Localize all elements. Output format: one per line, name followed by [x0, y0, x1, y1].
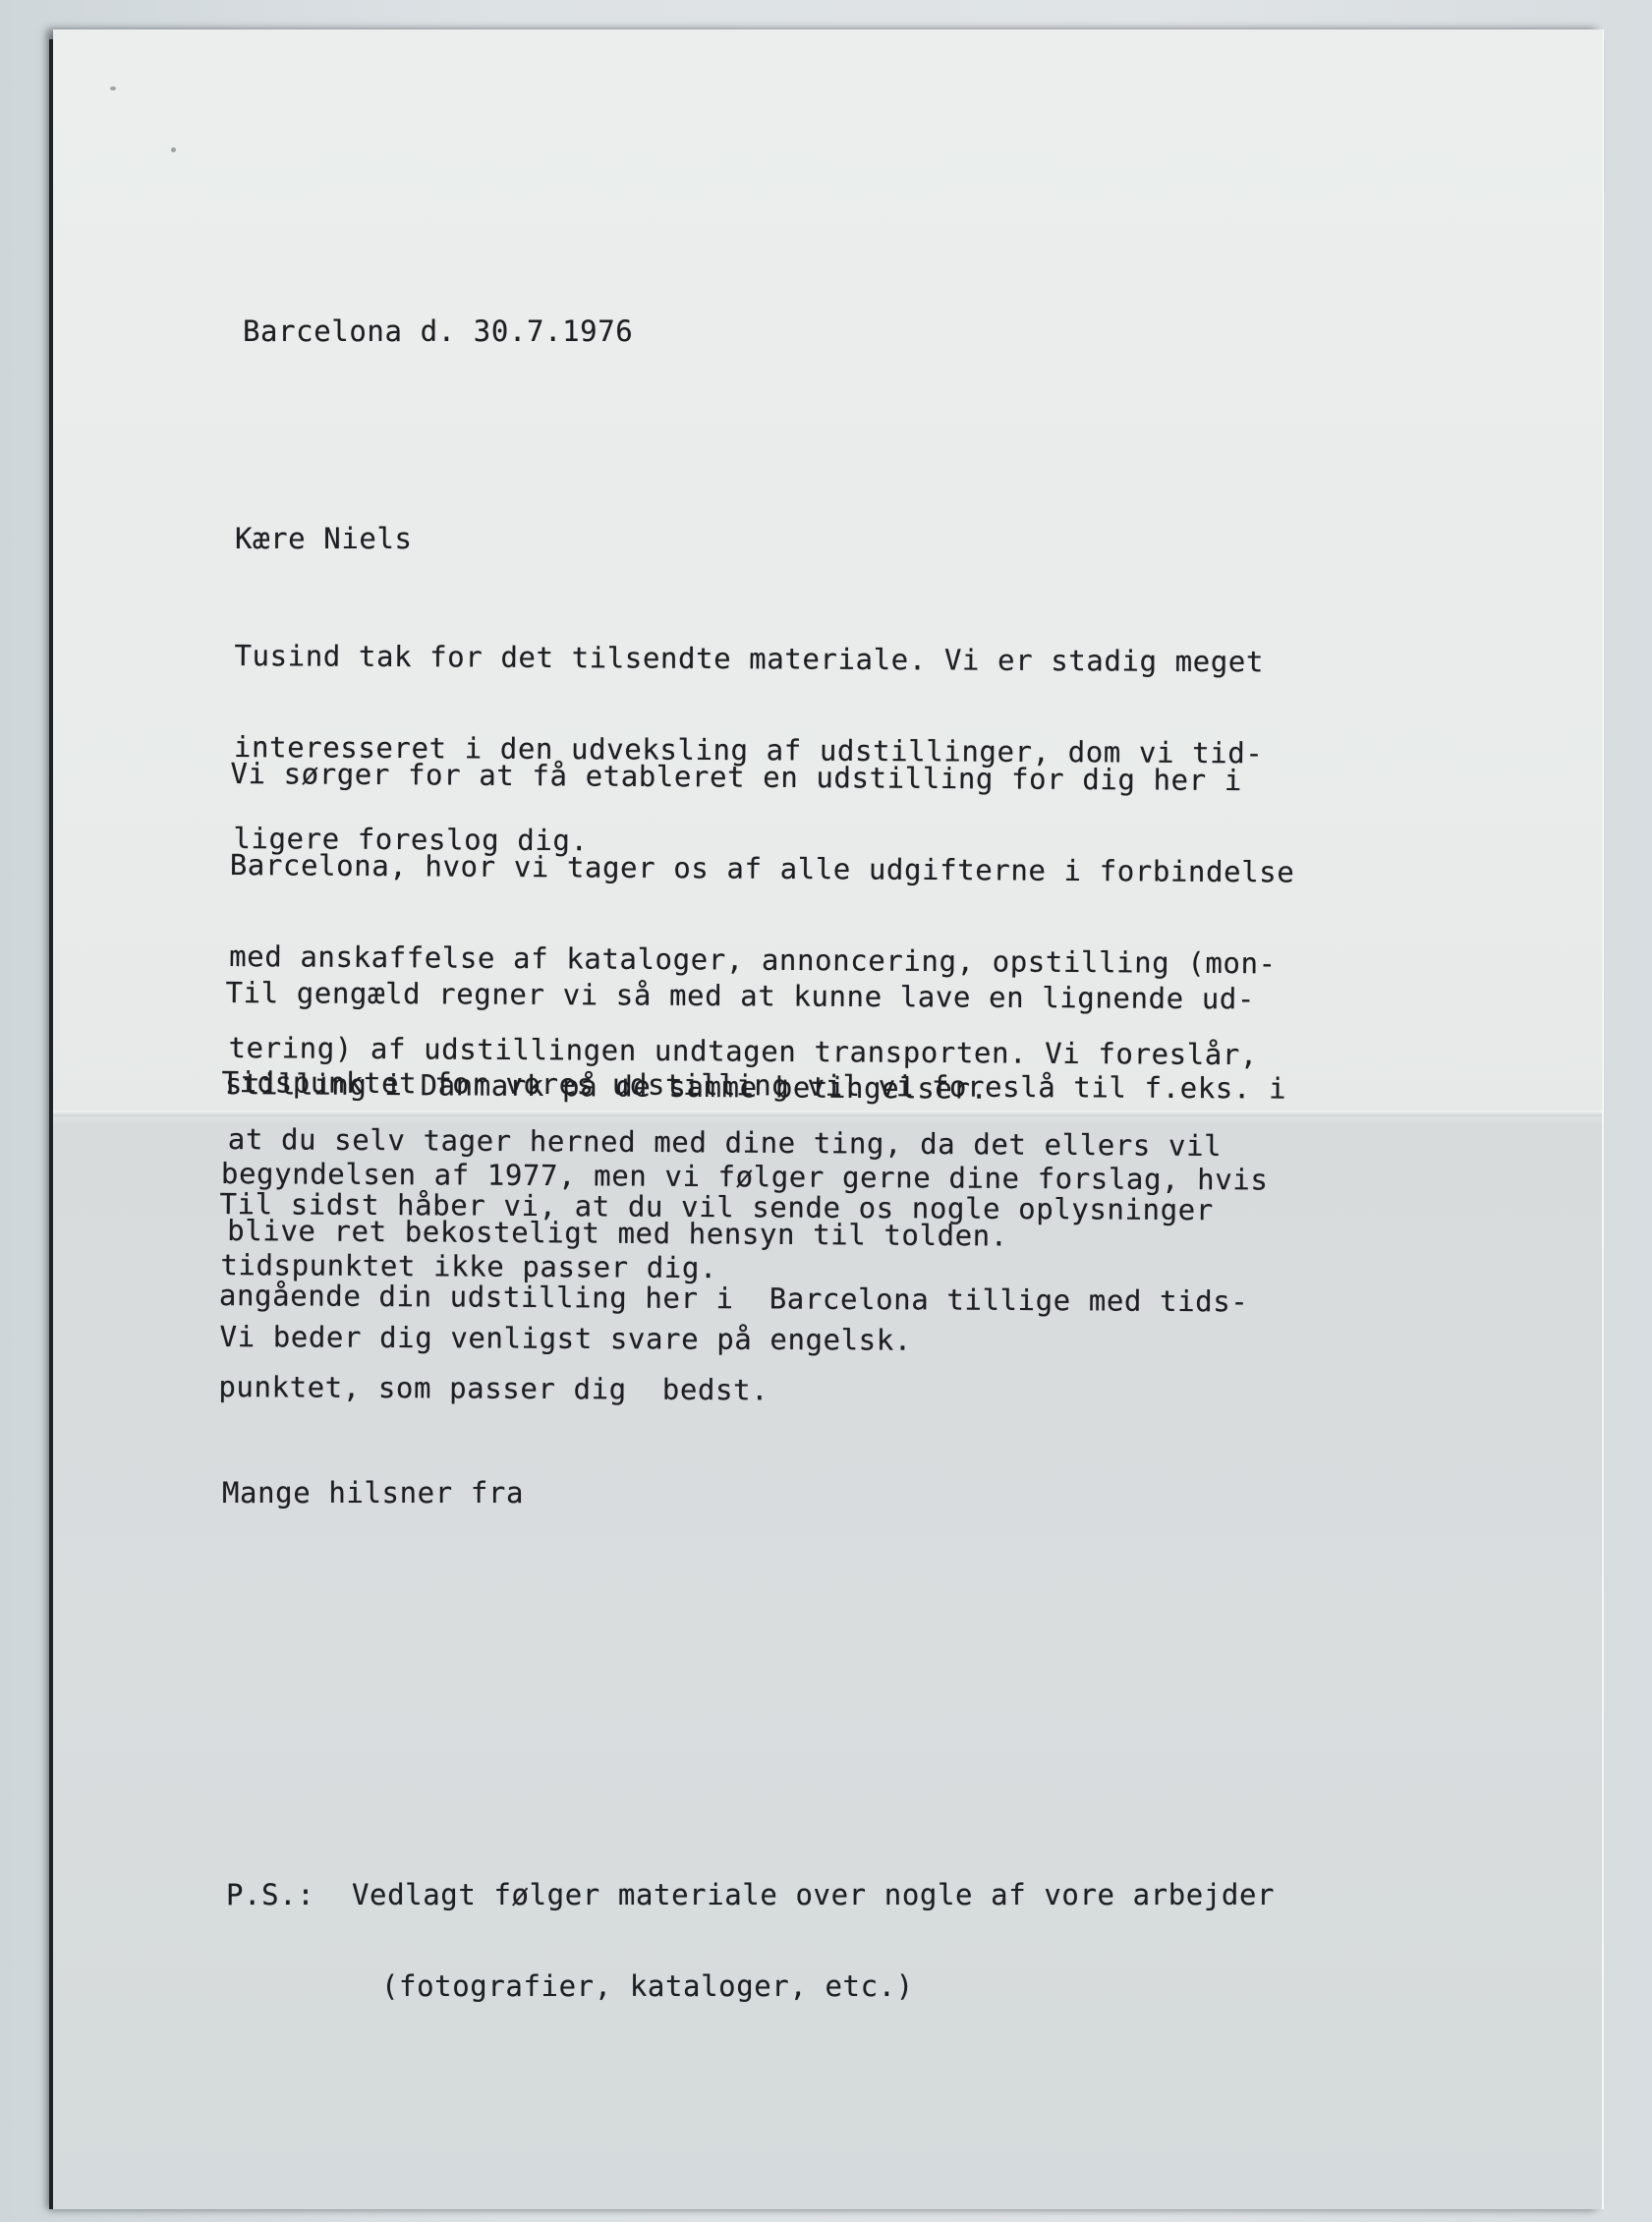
postscript-line: (fotografier, kataloger, etc.)	[381, 1969, 914, 2003]
letter-closing: Mange hilsner fra	[222, 1478, 524, 1509]
paragraph-line: Tidspunktet for vores udstilling vil vi …	[221, 1067, 1286, 1105]
paragraph-line: Til sidst håber vi, at du vil sende os n…	[219, 1189, 1249, 1225]
paragraph-line: Vi sørger for at få etableret en udstill…	[230, 759, 1295, 797]
paper-speck	[171, 147, 176, 152]
postscript-row: P.S.:Vedlagt følger materiale over nogle…	[226, 1880, 1275, 1910]
letter-dateline: Barcelona d. 30.7.1976	[243, 316, 633, 347]
paragraph-line: Tusind tak for det tilsendte materiale. …	[234, 641, 1264, 677]
paragraph-line: Vi beder dig venligst svare på engelsk.	[220, 1322, 912, 1356]
paper-speck	[110, 86, 116, 90]
postscript-row: (fotografier, kataloger, etc.)	[226, 1971, 1275, 2002]
letter-paragraph-6: Vi beder dig venligst svare på engelsk.	[219, 1261, 912, 1387]
postscript-label: P.S.:	[226, 1880, 352, 1910]
letter-postscript: P.S.:Vedlagt følger materiale over nogle…	[226, 1819, 1275, 2032]
postscript-line: Vedlagt følger materiale over nogle af v…	[352, 1878, 1275, 1911]
paragraph-line: Barcelona, hvor vi tager os af alle udgi…	[230, 850, 1295, 888]
letter-salutation: Kære Niels	[235, 524, 413, 554]
